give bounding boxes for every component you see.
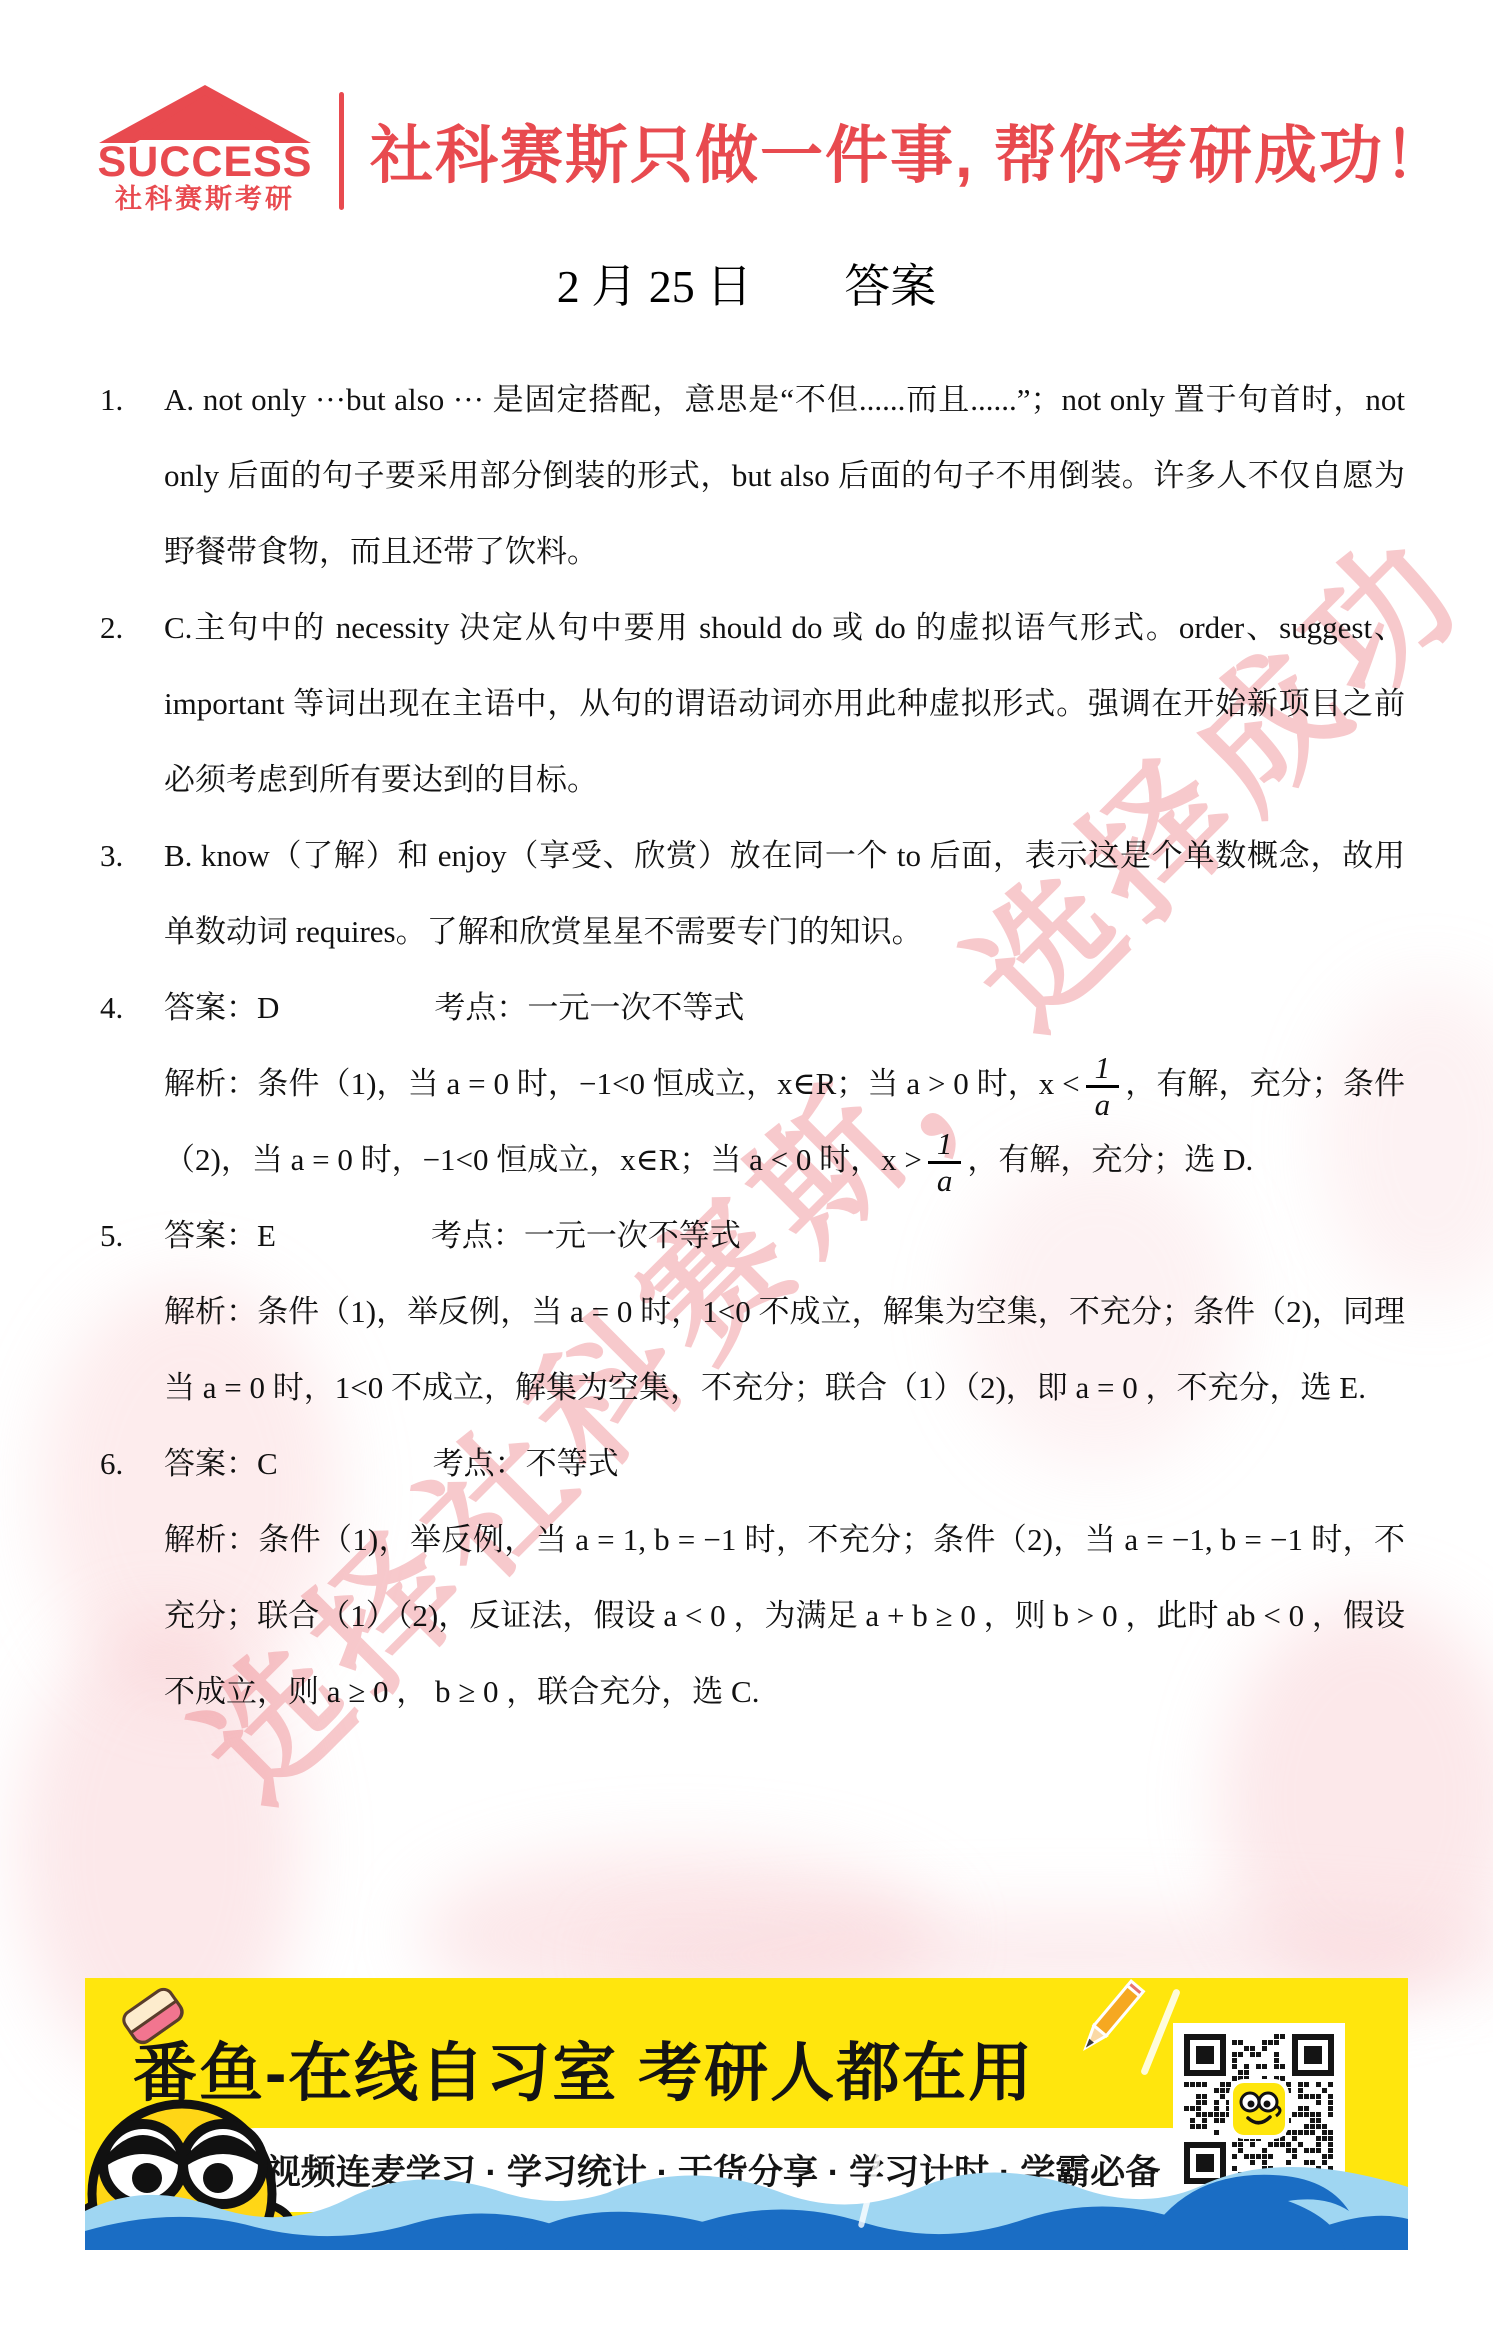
answers-list: 1. A. not only ···but also ··· 是固定搭配，意思是… bbox=[100, 362, 1405, 1974]
item-text: B. know（了解）和 enjoy（享受、欣赏）放在同一个 to 后面，表示这… bbox=[164, 838, 1405, 949]
qr-finder-topleft bbox=[1184, 2034, 1226, 2076]
fraction: 1a bbox=[928, 1128, 962, 1198]
item-number: 3. bbox=[100, 818, 164, 970]
qr-finder-topright bbox=[1292, 2034, 1334, 2076]
analysis-text: 解析：条件（1)，当 a = 0 时，−1<0 恒成立，x∈R；当 a > 0 … bbox=[164, 1046, 1405, 1198]
item-number: 4. bbox=[100, 970, 164, 1198]
success-logo: SUCCESS 社科赛斯考研 bbox=[85, 85, 325, 215]
answer-item-3: 3. B. know（了解）和 enjoy（享受、欣赏）放在同一个 to 后面，… bbox=[100, 818, 1405, 970]
exam-point-label: 考点：不等式 bbox=[433, 1426, 619, 1502]
item-number: 2. bbox=[100, 590, 164, 818]
document-page: 选择社科赛斯，选择成功 SUCCESS 社科赛斯考研 社科赛斯只做一件事, 帮你… bbox=[0, 0, 1493, 2345]
brand-subtitle: 社科赛斯考研 bbox=[115, 184, 295, 215]
exam-point-label: 考点：一元一次不等式 bbox=[431, 1198, 741, 1274]
title-label: 答案 bbox=[844, 261, 936, 312]
answer-line: 答案：C 考点：不等式 bbox=[164, 1426, 1405, 1502]
answer-item-5: 5. 答案：E 考点：一元一次不等式 解析：条件（1)，举反例，当 a = 0 … bbox=[100, 1198, 1405, 1426]
analysis-segment: 解析：条件（1)，当 a = 0 时，−1<0 恒成立，x∈R；当 a > 0 … bbox=[164, 1066, 1080, 1101]
fraction-denominator: a bbox=[937, 1164, 953, 1198]
answer-label: 答案：E bbox=[164, 1198, 276, 1274]
answer-line: 答案：D 考点：一元一次不等式 bbox=[164, 970, 1405, 1046]
title-date: 2 月 25 日 bbox=[557, 261, 753, 312]
fraction-numerator: 1 bbox=[1086, 1052, 1120, 1089]
header-divider bbox=[339, 92, 344, 210]
answer-label: 答案：D bbox=[164, 970, 279, 1046]
fraction-denominator: a bbox=[1095, 1088, 1111, 1122]
item-number: 6. bbox=[100, 1426, 164, 1730]
exam-point-label: 考点：一元一次不等式 bbox=[434, 970, 744, 1046]
analysis-text: 解析：条件（1)，举反例，当 a = 1, b = −1 时，不充分；条件（2)… bbox=[164, 1502, 1405, 1730]
wave-decoration bbox=[85, 2135, 1408, 2250]
fraction-numerator: 1 bbox=[928, 1128, 962, 1165]
answer-line: 答案：E 考点：一元一次不等式 bbox=[164, 1198, 1405, 1274]
item-number: 1. bbox=[100, 362, 164, 590]
fraction: 1a bbox=[1086, 1052, 1120, 1122]
qr-center-fish-icon bbox=[1231, 2081, 1287, 2137]
page-title: 2 月 25 日答案 bbox=[0, 250, 1493, 316]
header: SUCCESS 社科赛斯考研 社科赛斯只做一件事, 帮你考研成功！ bbox=[85, 78, 1423, 223]
pencil-icon bbox=[1067, 1978, 1151, 2066]
header-slogan: 社科赛斯只做一件事, 帮你考研成功！ bbox=[370, 105, 1449, 196]
item-text: C.主句中的 necessity 决定从句中要用 should do 或 do … bbox=[164, 610, 1405, 797]
ad-banner: 番鱼-在线自习室 考研人都在用 视频连麦学习 · 学习统计 · 干货分享 · 学… bbox=[85, 1978, 1408, 2250]
item-text: A. not only ···but also ··· 是固定搭配，意思是“不但… bbox=[164, 382, 1405, 569]
answer-item-2: 2. C.主句中的 necessity 决定从句中要用 should do 或 … bbox=[100, 590, 1405, 818]
analysis-segment: ，有解，充分；选 D. bbox=[967, 1142, 1253, 1177]
answer-item-6: 6. 答案：C 考点：不等式 解析：条件（1)，举反例，当 a = 1, b =… bbox=[100, 1426, 1405, 1730]
answer-item-1: 1. A. not only ···but also ··· 是固定搭配，意思是… bbox=[100, 362, 1405, 590]
item-number: 5. bbox=[100, 1198, 164, 1426]
analysis-text: 解析：条件（1)，举反例，当 a = 0 时，1<0 不成立，解集为空集，不充分… bbox=[164, 1274, 1405, 1426]
answer-item-4: 4. 答案：D 考点：一元一次不等式 解析：条件（1)，当 a = 0 时，−1… bbox=[100, 970, 1405, 1198]
brand-name: SUCCESS bbox=[98, 141, 313, 184]
answer-label: 答案：C bbox=[164, 1426, 278, 1502]
